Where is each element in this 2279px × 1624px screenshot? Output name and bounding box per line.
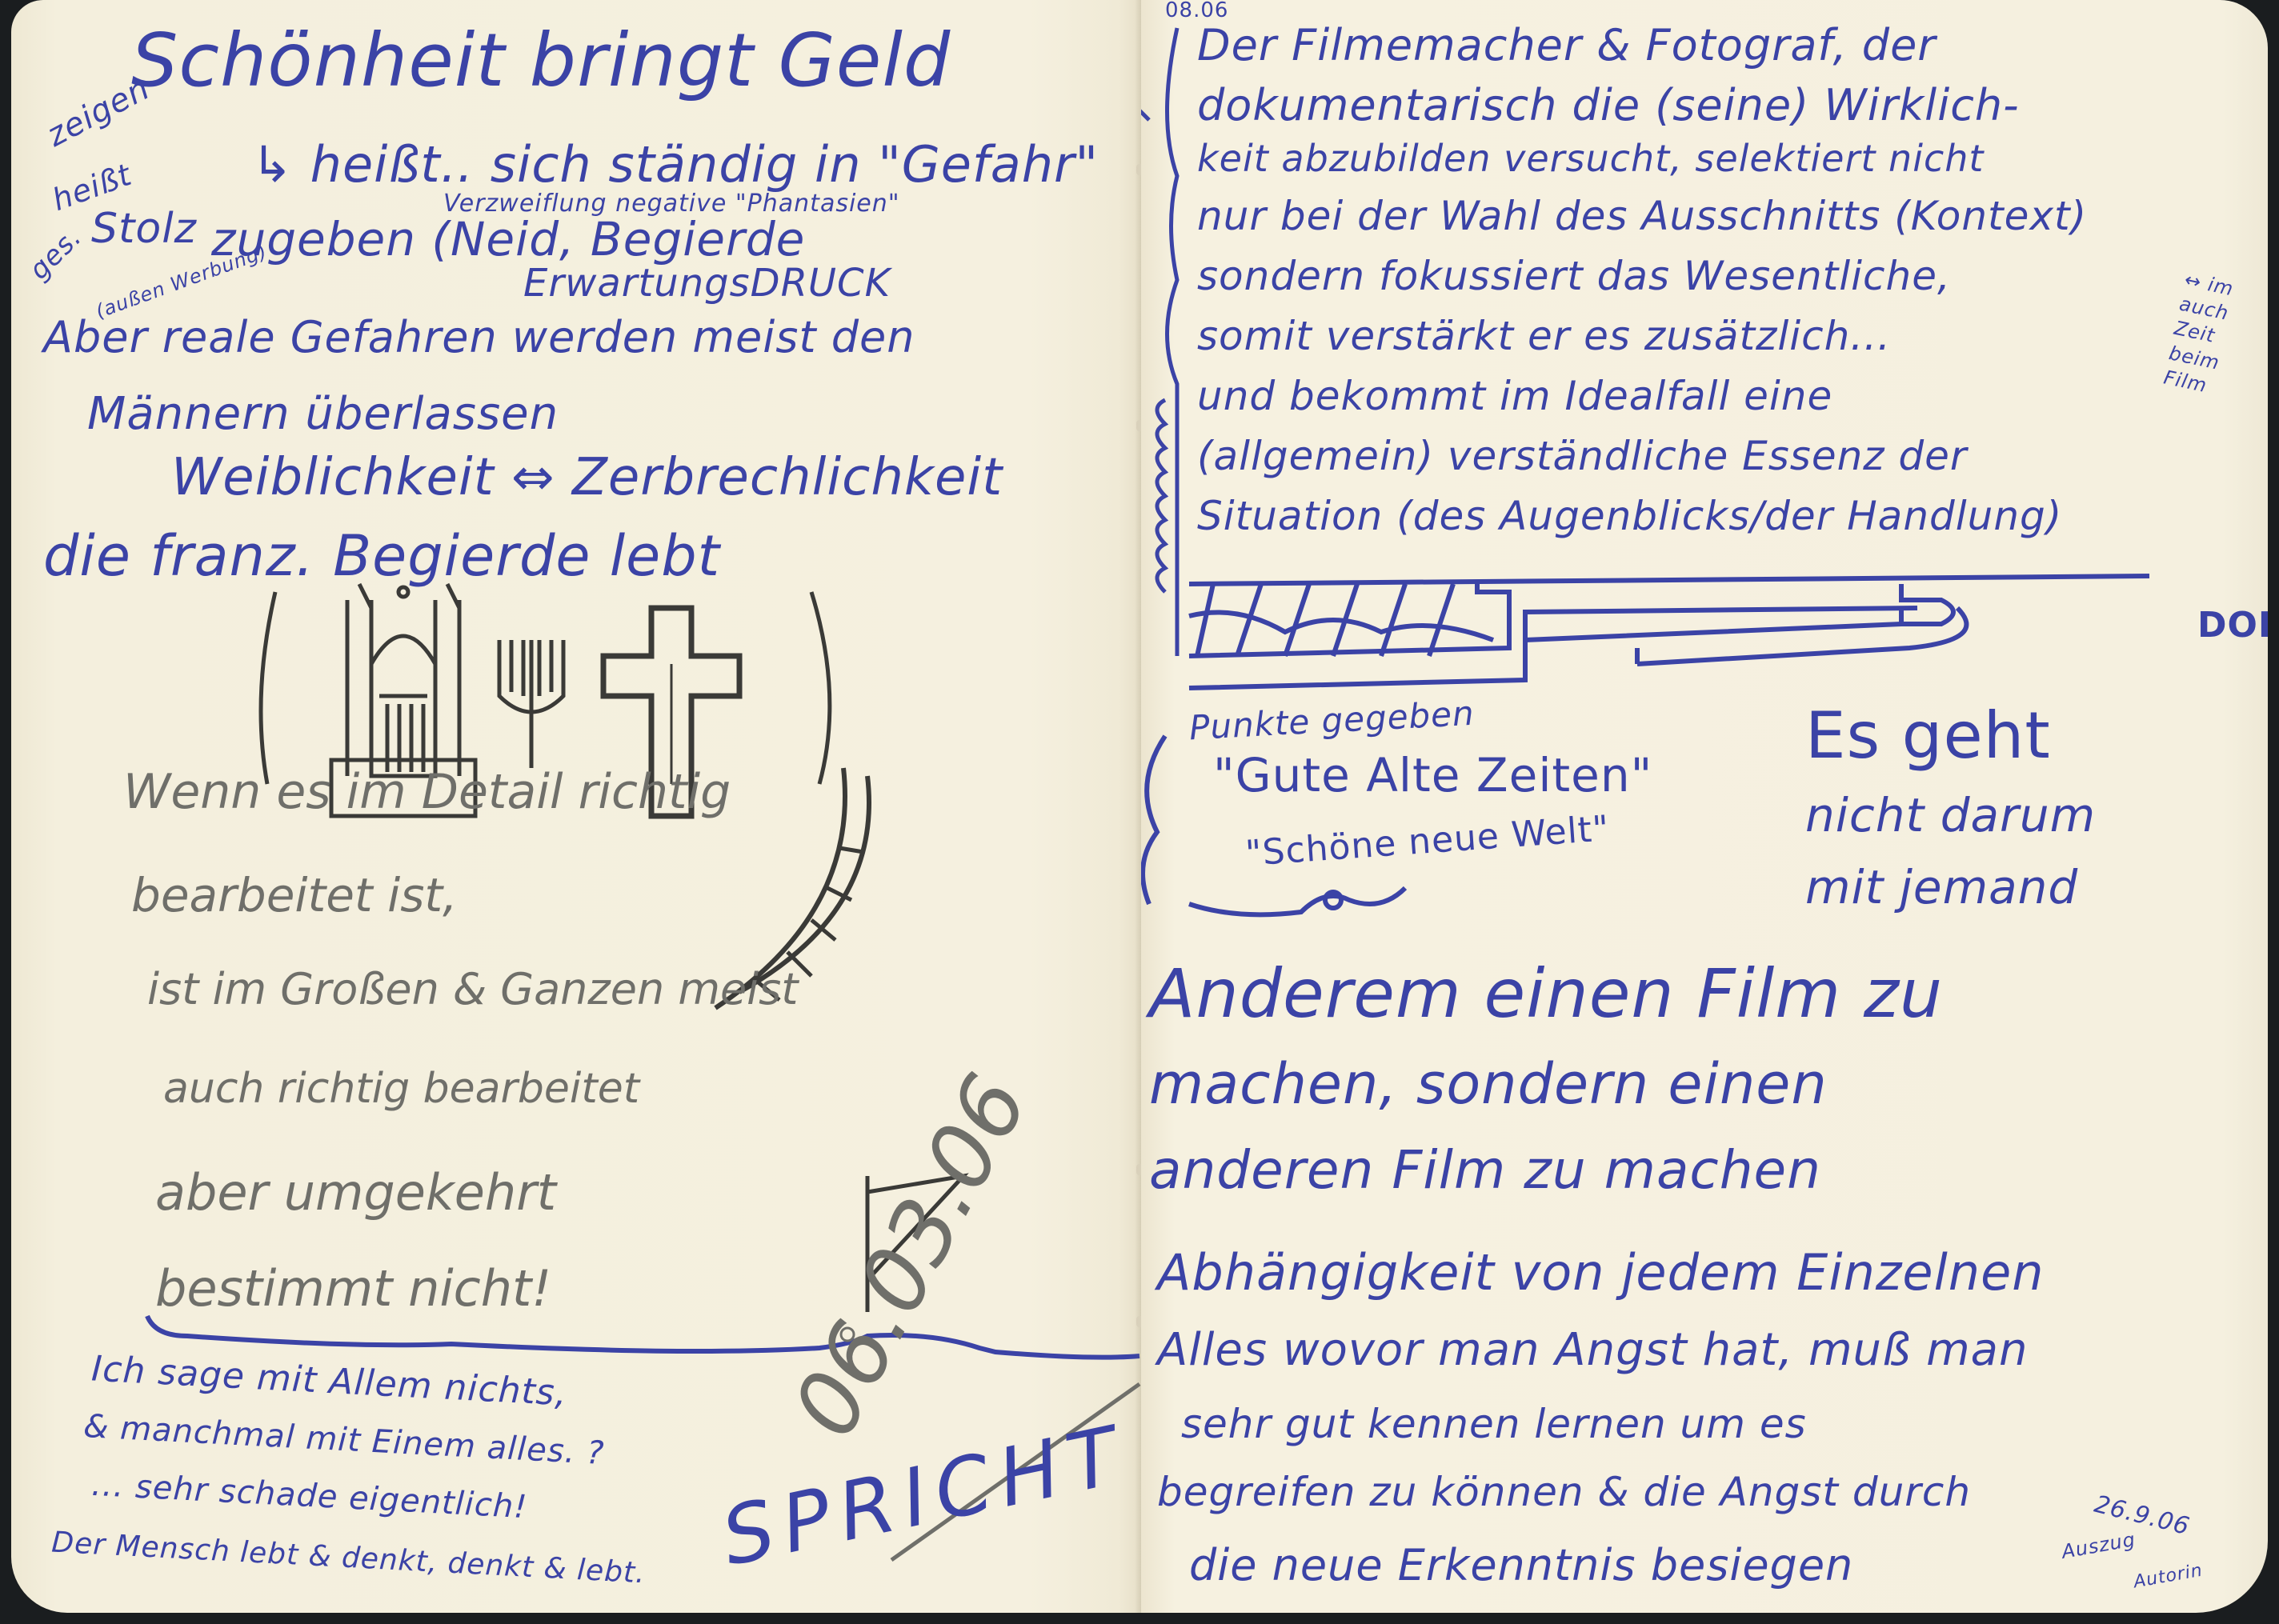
notebook-spread: Schönheit bringt Geld zeigen heißt ges. … (0, 0, 2279, 1624)
paragraph-line-7: und bekommt im Idealfall eine (1197, 376, 1832, 416)
main-line-3: anderen Film zu machen (1149, 1144, 1821, 1197)
auszug-label: Auszug (2061, 1530, 2137, 1562)
angst-line-3: begreifen zu können & die Angst durch (1157, 1472, 1971, 1512)
line-erwartungsdruck: ErwartungsDRUCK (523, 264, 891, 302)
paragraph-line-8: (allgemein) verständliche Essenz der (1197, 436, 1967, 476)
right-page: 08.06 Der Filmemacher & Fotograf, der do… (1141, 0, 2268, 1613)
left-page: Schönheit bringt Geld zeigen heißt ges. … (11, 0, 1141, 1613)
margin-note-ges: ges. (25, 222, 86, 284)
margin-note-stolz: Stolz (91, 208, 197, 250)
margin-note-zeigen: zeigen (42, 72, 155, 152)
line-zugeben: zugeben (Neid, Begierde (211, 216, 805, 262)
es-geht-3: mit jemand (1805, 864, 2078, 910)
left-page-title: Schönheit bringt Geld (131, 24, 951, 98)
pencil-line-3: ist im Großen & Ganzen meist (147, 968, 798, 1011)
swirl-decoration (1141, 720, 1445, 928)
bottom-line-4: Der Mensch lebt & denkt, denkt & lebt. (51, 1529, 647, 1589)
main-line-1: Anderem einen Film zu (1149, 960, 1943, 1027)
bottom-line-2: & manchmal mit Einem alles. ? (82, 1410, 605, 1470)
main-line-2: machen, sondern einen (1149, 1056, 1828, 1112)
paragraph-line-2: dokumentarisch die (seine) Wirklich- (1197, 84, 2020, 127)
es-geht-2: nicht darum (1805, 792, 2096, 838)
paragraph-line-1: Der Filmemacher & Fotograf, der (1197, 24, 1937, 67)
line-aber: Aber reale Gefahren werden meist den (43, 316, 915, 359)
line-maennern: Männern überlassen (87, 392, 559, 437)
doku-label: DOKU (2197, 608, 2268, 643)
paragraph-line-5: sondern fokussiert das Wesentliche, (1197, 256, 1951, 296)
pencil-line-6: bestimmt nicht! (155, 1264, 551, 1314)
doku-pencil-drawing (1189, 560, 2189, 696)
abhaengigkeit-line: Abhängigkeit von jedem Einzelnen (1157, 1248, 2045, 1298)
pencil-line-2: bearbeitet ist, (131, 872, 458, 918)
autor-label: Autorin (2133, 1562, 2205, 1592)
angst-line-2: sehr gut kennen lernen um es (1181, 1404, 1807, 1444)
paragraph-line-9: Situation (des Augenblicks/der Handlung) (1197, 496, 2062, 536)
angst-line-4: die neue Erkenntnis besiegen (1189, 1544, 1853, 1587)
pencil-line-1: Wenn es im Detail richtig (123, 768, 731, 816)
pencil-line-4: auch richtig bearbeitet (163, 1068, 639, 1110)
line-weiblichkeit: Weiblichkeit ⇔ Zerbrechlichkeit (171, 452, 1003, 503)
bottom-line-3: ... sehr schade eigentlich! (90, 1469, 528, 1523)
paragraph-line-6: somit verstärkt er es zusätzlich... (1197, 316, 1891, 356)
margin-note-right: ↔ im auch Zeit beim Film (2161, 267, 2268, 409)
line-gefahr: ↳ heißt.. sich ständig in "Gefahr" (251, 140, 1099, 190)
paragraph-line-4: nur bei der Wahl des Ausschnitts (Kontex… (1197, 196, 2087, 236)
angst-line-1: Alles wovor man Angst hat, muß man (1157, 1328, 2028, 1373)
es-geht-1: Es geht (1805, 704, 2051, 768)
paragraph-line-3: keit abzubilden versucht, selektiert nic… (1197, 140, 1984, 177)
pencil-line-5: aber umgekehrt (155, 1168, 556, 1218)
